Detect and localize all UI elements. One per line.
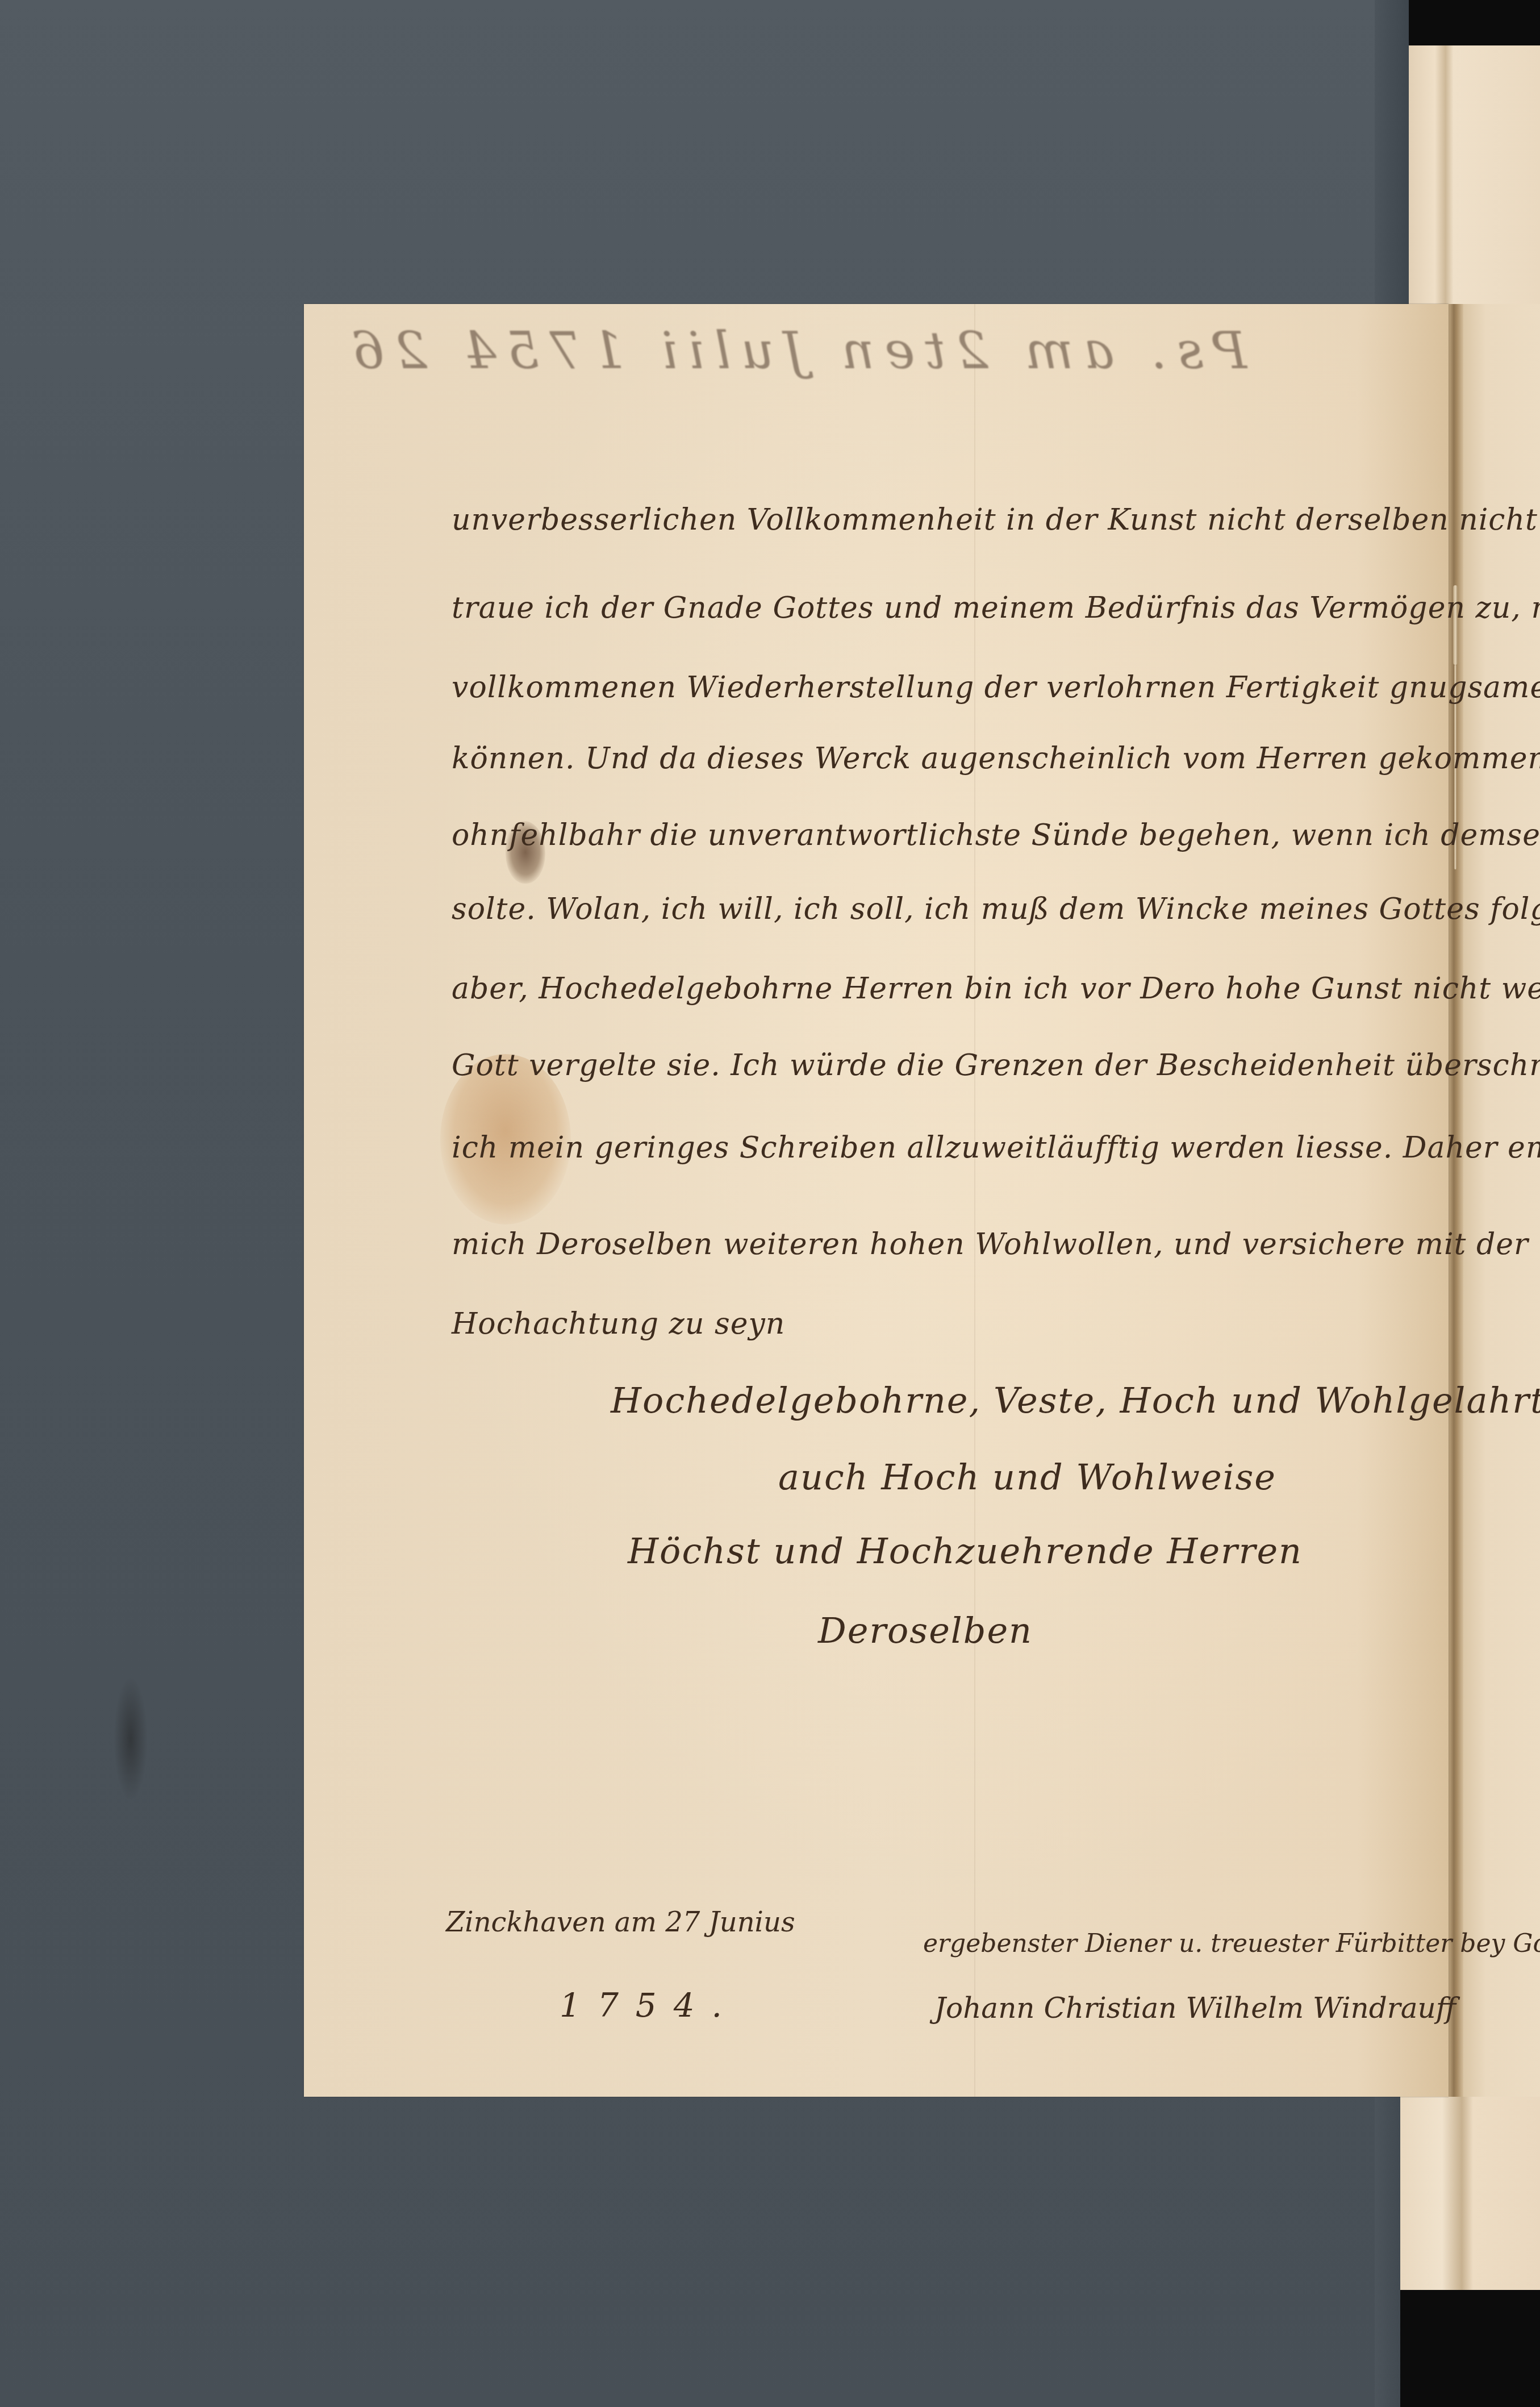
body-line: mich Deroselben weiteren hohen Wohlwolle… — [452, 1227, 1540, 1261]
closing-line: Höchst und Hochzuehrende Herren — [628, 1531, 1303, 1571]
body-line: vollkommenen Wiederherstellung der verlo… — [452, 671, 1540, 705]
closing-line: Deroselben — [818, 1611, 1033, 1651]
body-line: solte. Wolan, ich will, ich soll, ich mu… — [452, 892, 1540, 926]
book-page-edges-top — [1409, 45, 1540, 304]
board-smudge — [114, 1676, 148, 1801]
body-line: ohnfehlbahr die unverantwortlichste Sünd… — [452, 818, 1540, 852]
dark-background-bottom — [1400, 2284, 1540, 2407]
closing-line: auch Hoch und Wohlweise — [778, 1457, 1276, 1497]
closing-line: Hochedelgebohrne, Veste, Hoch und Wohlge… — [611, 1381, 1540, 1421]
body-line: aber, Hochedelgebohrne Herren bin ich vo… — [452, 972, 1540, 1006]
body-line: ich mein geringes Schreiben allzuweitläu… — [452, 1131, 1540, 1165]
paper-fold — [974, 304, 975, 2097]
dark-background-top — [1409, 0, 1540, 48]
body-line: können. Und da dieses Werck augenscheinl… — [452, 742, 1540, 776]
place-date-line: Zinckhaven am 27 Junius — [446, 1906, 795, 1938]
letter-sheet: Ps. am 2ten Julii 1754 26 unverbesserlic… — [304, 304, 1449, 2097]
binding-gutter — [1447, 304, 1463, 2097]
body-line: Gott vergelte sie. Ich würde die Grenzen… — [452, 1048, 1540, 1082]
body-line: Hochachtung zu seyn — [452, 1307, 785, 1341]
facing-page — [1463, 304, 1540, 2097]
body-line: unverbesserlichen Vollkommenheit in der … — [452, 503, 1540, 537]
body-line: traue ich der Gnade Gottes und meinem Be… — [452, 591, 1540, 625]
book-page-edges-bottom — [1400, 2097, 1540, 2290]
year: 1754. — [560, 1986, 739, 2025]
signature-line-2: Johann Christian Wilhelm Windrauff — [934, 1992, 1456, 2025]
signature-line-1: ergebenster Diener u. treuester Fürbitte… — [923, 1929, 1540, 1958]
bleed-through-header: Ps. am 2ten Julii 1754 26 — [338, 321, 1247, 412]
